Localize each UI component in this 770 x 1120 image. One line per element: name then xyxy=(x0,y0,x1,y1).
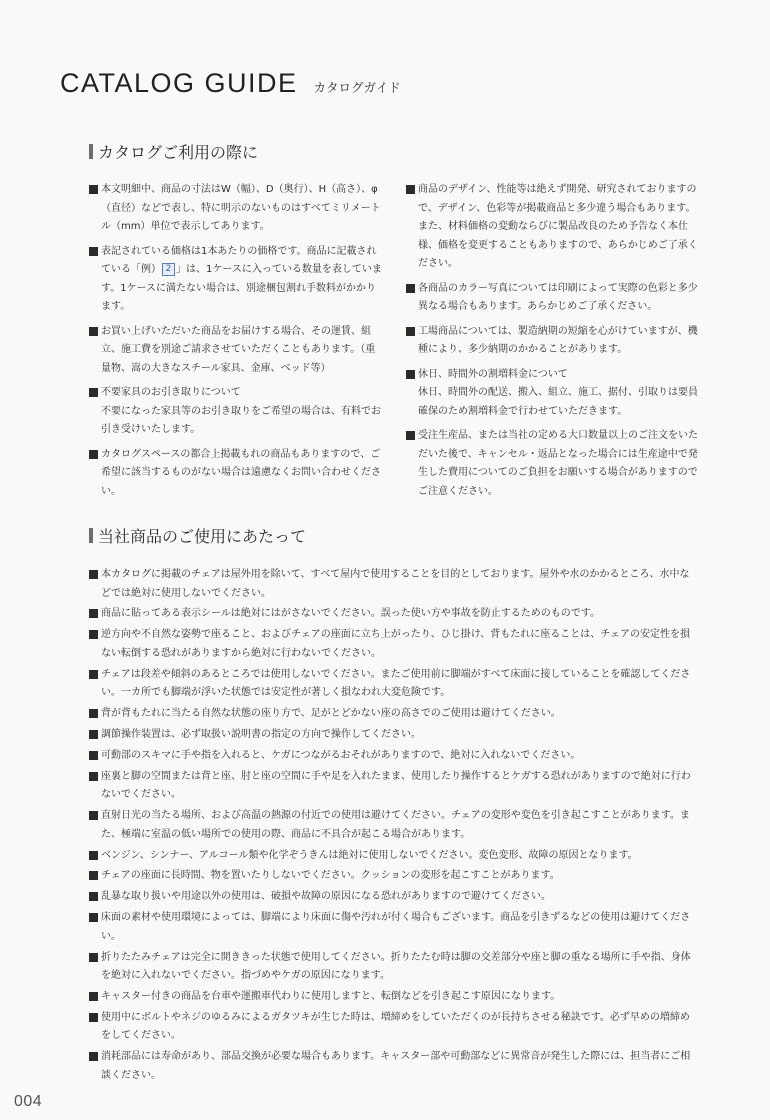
square-bullet-icon xyxy=(89,709,98,718)
item-text: 背が背もたれに当たる自然な状態の座り方で、足がとどかない座の高さでのご使用は避け… xyxy=(101,705,699,724)
section1-left-column: 本文明細中、商品の寸法はW（幅）、D（奥行）、H（高さ）、φ（直径）などで表し、… xyxy=(89,181,384,507)
item-text: 直射日光の当たる場所、および高温の熱源の付近での使用は避けてください。チェアの変… xyxy=(101,807,699,844)
list-item: チェアは段差や傾斜のあるところでは使用しないでください。またご使用前に脚端がすべ… xyxy=(89,666,699,703)
item-text: お買い上げいただいた商品をお届けする場合、その運賃、組立、施工費を別途ご請求させ… xyxy=(101,323,384,379)
section-heading-text: カタログご利用の際に xyxy=(98,140,258,163)
square-bullet-icon xyxy=(89,730,98,739)
list-item: 折りたたみチェアは完全に開ききった状態で使用してください。折りたたむ時は脚の交差… xyxy=(89,949,699,986)
square-bullet-icon xyxy=(89,992,98,1001)
list-item: 背が背もたれに当たる自然な状態の座り方で、足がとどかない座の高さでのご使用は避け… xyxy=(89,705,699,724)
section-heading-text: 当社商品のご使用にあたって xyxy=(98,524,306,547)
section-heading-catalog-usage: カタログご利用の際に xyxy=(89,140,258,163)
item-text: チェアは段差や傾斜のあるところでは使用しないでください。またご使用前に脚端がすべ… xyxy=(101,666,699,703)
square-bullet-icon xyxy=(89,450,98,459)
item-text: 逆方向や不自然な姿勢で座ること、およびチェアの座面に立ち上がったり、ひじ掛け、背… xyxy=(101,626,699,663)
list-item: チェアの座面に長時間、物を置いたりしないでください。クッションの変形を起こすこと… xyxy=(89,867,699,886)
title-japanese: カタログガイド xyxy=(314,78,401,96)
square-bullet-icon xyxy=(89,913,98,922)
item-text: 折りたたみチェアは完全に開ききった状態で使用してください。折りたたむ時は脚の交差… xyxy=(101,949,699,986)
item-text: 使用中にボルトやネジのゆるみによるガタツキが生じた時は、増締めをしていただくのが… xyxy=(101,1009,699,1046)
page-number: 004 xyxy=(14,1093,42,1111)
list-item: ベンジン、シンナー、アルコール類や化学ぞうきんは絶対に使用しないでください。変色… xyxy=(89,847,699,866)
square-bullet-icon xyxy=(89,892,98,901)
square-bullet-icon xyxy=(89,772,98,781)
square-bullet-icon xyxy=(89,670,98,679)
item-text: 座裏と脚の空間または背と座、肘と座の空間に手や足を入れたまま、使用したり操作する… xyxy=(101,768,699,805)
item-text: 本カタログに掲載のチェアは屋外用を除いて、すべて屋内で使用することを目的としてお… xyxy=(101,566,699,603)
list-item: 休日、時間外の割増料金について 休日、時間外の配送、搬入、組立、施工、据付、引取… xyxy=(406,366,701,422)
square-bullet-icon xyxy=(89,570,98,579)
list-item: 可動部のスキマに手や指を入れると、ケガにつながるおそれがありますので、絶対に入れ… xyxy=(89,747,699,766)
list-item: 調節操作装置は、必ず取扱い説明書の指定の方向で操作してください。 xyxy=(89,726,699,745)
list-item: 使用中にボルトやネジのゆるみによるガタツキが生じた時は、増締めをしていただくのが… xyxy=(89,1009,699,1046)
item-text: 床面の素材や使用環境によっては、脚端により床面に傷や汚れが付く場合もございます。… xyxy=(101,909,699,946)
square-bullet-icon xyxy=(89,811,98,820)
square-bullet-icon xyxy=(89,871,98,880)
list-item: 各商品のカラー写真については印刷によって実際の色彩と多少異なる場合もあります。あ… xyxy=(406,280,701,317)
list-item: 逆方向や不自然な姿勢で座ること、およびチェアの座面に立ち上がったり、ひじ掛け、背… xyxy=(89,626,699,663)
list-item: 本文明細中、商品の寸法はW（幅）、D（奥行）、H（高さ）、φ（直径）などで表し、… xyxy=(89,181,384,237)
list-item: 商品に貼ってある表示シールは絶対にはがさないでください。誤った使い方や事故を防止… xyxy=(89,605,699,624)
list-item: 工場商品については、製造納期の短縮を心がけていますが、機種により、多少納期のかか… xyxy=(406,323,701,360)
list-item: 表記されている価格は1本あたりの価格です。商品に記載されている「例）2」は、1ケ… xyxy=(89,243,384,317)
square-bullet-icon xyxy=(89,388,98,397)
item-text: 本文明細中、商品の寸法はW（幅）、D（奥行）、H（高さ）、φ（直径）などで表し、… xyxy=(101,181,384,237)
square-bullet-icon xyxy=(89,247,98,256)
item-text: 表記されている価格は1本あたりの価格です。商品に記載されている「例）2」は、1ケ… xyxy=(101,243,384,317)
item-text: 可動部のスキマに手や指を入れると、ケガにつながるおそれがありますので、絶対に入れ… xyxy=(101,747,699,766)
square-bullet-icon xyxy=(89,751,98,760)
page-title: CATALOG GUIDE カタログガイド xyxy=(60,68,401,99)
item-text: 不要になった家具等のお引き取りをご希望の場合は、有料でお引き受けいたします。 xyxy=(101,403,384,440)
item-text: ベンジン、シンナー、アルコール類や化学ぞうきんは絶対に使用しないでください。変色… xyxy=(101,847,699,866)
item-title: 休日、時間外の割増料金について xyxy=(418,366,701,385)
square-bullet-icon xyxy=(89,1052,98,1061)
item-text: カタログスペースの都合上掲載もれの商品もありますので、ご希望に該当するものがない… xyxy=(101,446,384,502)
item-text: 商品に貼ってある表示シールは絶対にはがさないでください。誤った使い方や事故を防止… xyxy=(101,605,699,624)
section-heading-product-usage: 当社商品のご使用にあたって xyxy=(89,524,306,547)
item-text: 工場商品については、製造納期の短縮を心がけていますが、機種により、多少納期のかか… xyxy=(418,323,701,360)
square-bullet-icon xyxy=(89,851,98,860)
square-bullet-icon xyxy=(89,609,98,618)
list-item: お買い上げいただいた商品をお届けする場合、その運賃、組立、施工費を別途ご請求させ… xyxy=(89,323,384,379)
list-item: 本カタログに掲載のチェアは屋外用を除いて、すべて屋内で使用することを目的としてお… xyxy=(89,566,699,603)
title-english: CATALOG GUIDE xyxy=(60,68,298,99)
quantity-badge-icon: 2 xyxy=(162,263,175,276)
square-bullet-icon xyxy=(406,284,415,293)
item-text: 商品のデザイン、性能等は絶えず開発、研究されておりますので、デザイン、色彩等が掲… xyxy=(418,181,701,274)
list-item: 直射日光の当たる場所、および高温の熱源の付近での使用は避けてください。チェアの変… xyxy=(89,807,699,844)
item-text: キャスター付きの商品を台車や運搬車代わりに使用しますと、転倒などを引き起こす原因… xyxy=(101,988,699,1007)
list-item: 不要家具のお引き取りについて 不要になった家具等のお引き取りをご希望の場合は、有… xyxy=(89,384,384,440)
square-bullet-icon xyxy=(89,327,98,336)
item-text: 消耗部品には寿命があり、部品交換が必要な場合もあります。キャスター部や可動部など… xyxy=(101,1048,699,1085)
list-item: カタログスペースの都合上掲載もれの商品もありますので、ご希望に該当するものがない… xyxy=(89,446,384,502)
item-text: チェアの座面に長時間、物を置いたりしないでください。クッションの変形を起こすこと… xyxy=(101,867,699,886)
square-bullet-icon xyxy=(406,431,415,440)
item-text: 乱暴な取り扱いや用途以外の使用は、破損や故障の原因になる恐れがありますので避けて… xyxy=(101,888,699,907)
list-item: 座裏と脚の空間または背と座、肘と座の空間に手や足を入れたまま、使用したり操作する… xyxy=(89,768,699,805)
heading-bar-icon xyxy=(89,144,93,159)
section2-list: 本カタログに掲載のチェアは屋外用を除いて、すべて屋内で使用することを目的としてお… xyxy=(89,566,699,1088)
item-title: 不要家具のお引き取りについて xyxy=(101,384,384,403)
square-bullet-icon xyxy=(406,327,415,336)
item-text: 受注生産品、または当社の定める大口数量以上のご注文をいただいた後で、キャンセル・… xyxy=(418,427,701,501)
section1-right-column: 商品のデザイン、性能等は絶えず開発、研究されておりますので、デザイン、色彩等が掲… xyxy=(406,181,701,507)
heading-bar-icon xyxy=(89,528,93,543)
list-item: 乱暴な取り扱いや用途以外の使用は、破損や故障の原因になる恐れがありますので避けて… xyxy=(89,888,699,907)
item-text: 休日、時間外の配送、搬入、組立、施工、据付、引取りは要員確保のため割増料金で行わ… xyxy=(418,384,701,421)
list-item: 商品のデザイン、性能等は絶えず開発、研究されておりますので、デザイン、色彩等が掲… xyxy=(406,181,701,274)
item-text: 調節操作装置は、必ず取扱い説明書の指定の方向で操作してください。 xyxy=(101,726,699,745)
list-item: 床面の素材や使用環境によっては、脚端により床面に傷や汚れが付く場合もございます。… xyxy=(89,909,699,946)
square-bullet-icon xyxy=(89,185,98,194)
list-item: 消耗部品には寿命があり、部品交換が必要な場合もあります。キャスター部や可動部など… xyxy=(89,1048,699,1085)
list-item: キャスター付きの商品を台車や運搬車代わりに使用しますと、転倒などを引き起こす原因… xyxy=(89,988,699,1007)
square-bullet-icon xyxy=(406,185,415,194)
list-item: 受注生産品、または当社の定める大口数量以上のご注文をいただいた後で、キャンセル・… xyxy=(406,427,701,501)
square-bullet-icon xyxy=(89,1013,98,1022)
square-bullet-icon xyxy=(89,953,98,962)
item-text: 各商品のカラー写真については印刷によって実際の色彩と多少異なる場合もあります。あ… xyxy=(418,280,701,317)
square-bullet-icon xyxy=(406,370,415,379)
square-bullet-icon xyxy=(89,630,98,639)
